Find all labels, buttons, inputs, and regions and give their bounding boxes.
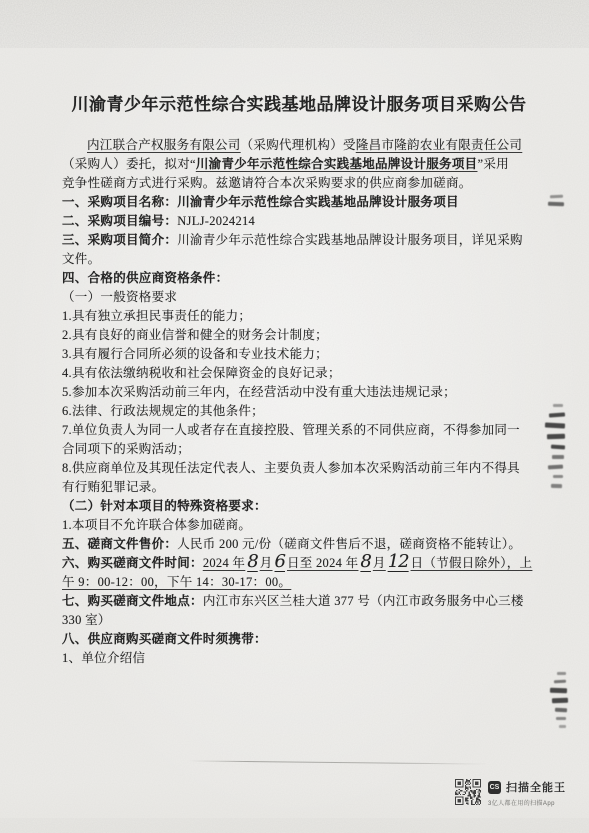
doc-line: 七、购买磋商文件地点：内江市东兴区兰桂大道 377 号（内江市政务服务中心三楼 <box>62 592 536 611</box>
doc-text: 二、采购项目编号： <box>62 214 177 228</box>
doc-text: 1、单位介绍信 <box>62 651 145 665</box>
doc-line: 7.单位负责人为同一人或者存在直接控股、管理关系的不同供应商，不得参加同一 <box>62 421 536 440</box>
doc-text: 日至 2024 年 <box>287 556 358 570</box>
doc-text: 竞争性磋商方式进行采购。兹邀请符合本次采购要求的供应商参加磋商。 <box>62 176 472 190</box>
doc-text: 1.本项目不允许联合体参加磋商。 <box>62 518 251 532</box>
doc-line: 3.具有履行合同所必须的设备和专业技术能力； <box>62 345 536 364</box>
doc-text: 隆昌市隆韵农业有限责任公司 <box>356 138 522 152</box>
doc-text: 2024 年 <box>203 556 245 570</box>
handwritten-digit: 12 <box>386 551 411 572</box>
doc-line: 合同项下的采购活动； <box>62 440 536 459</box>
doc-line: 内江联合产权服务有限公司（采购代理机构）受隆昌市隆韵农业有限责任公司 <box>62 136 536 155</box>
doc-text: 内江市东兴区兰桂大道 377 号（内江市政务服务中心三楼 <box>203 594 524 608</box>
doc-line: 1.具有独立承担民事责任的能力； <box>62 307 536 326</box>
doc-line: 二、采购项目编号：NJLJ-2024214 <box>62 212 536 231</box>
doc-text: 8.供应商单位及其现任法定代表人、主要负责人参加本次采购活动前三年内不得具 <box>62 461 520 475</box>
camscanner-logo-icon: CS <box>488 781 501 794</box>
doc-text: （二）针对本项目的特殊资格要求： <box>62 499 267 513</box>
doc-text: ”采用 <box>477 157 508 171</box>
doc-text: （采购代理机构）受 <box>241 138 356 152</box>
doc-text: 午 9：00-12：00，下午 14：30-17：00。 <box>62 575 291 589</box>
doc-text: 日（节假日除外），上 <box>411 556 533 570</box>
doc-line: 330 室） <box>62 611 536 630</box>
scan-artifact <box>550 672 568 733</box>
doc-line: 五、磋商文件售价：人民币 200 元/份（磋商文件售后不退，磋商资格不能转让）。 <box>62 535 536 554</box>
doc-line: 5.参加本次采购活动前三年内，在经营活动中没有重大违法违规记录； <box>62 383 536 402</box>
camscanner-tagline: 3亿人都在用的扫描App <box>488 798 566 807</box>
doc-line: 4.具有依法缴纳税收和社会保障资金的良好记录； <box>62 364 536 383</box>
doc-line: 2.具有良好的商业信誉和健全的财务会计制度； <box>62 326 536 345</box>
doc-text: 330 室） <box>62 613 111 627</box>
doc-line: 文件。 <box>62 250 536 269</box>
doc-text: NJLJ-2024214 <box>177 214 255 228</box>
doc-text: 五、磋商文件售价： <box>62 537 177 551</box>
doc-line: 三、采购项目简介：川渝青少年示范性综合实践基地品牌设计服务项目，详见采购 <box>62 231 536 250</box>
handwritten-digit: 8 <box>245 551 259 572</box>
doc-text: 川渝青少年示范性综合实践基地品牌设计服务项目 <box>196 157 478 171</box>
doc-text: 文件。 <box>62 252 100 266</box>
doc-text: 人民币 200 元/份（磋商文件售后不退，磋商资格不能转让）。 <box>177 537 521 551</box>
scan-artifact <box>545 404 565 494</box>
doc-line: 有行贿犯罪记录。 <box>62 478 536 497</box>
doc-line: 午 9：00-12：00，下午 14：30-17：00。 <box>62 573 536 592</box>
doc-text: 月 <box>373 556 386 570</box>
doc-text: 1.具有独立承担民事责任的能力； <box>62 309 251 323</box>
qr-code-icon <box>455 779 481 805</box>
doc-line: 6.法律、行政法规规定的其他条件； <box>62 402 536 421</box>
doc-text: 三、采购项目简介： <box>62 233 177 247</box>
doc-line: 1.本项目不允许联合体参加磋商。 <box>62 516 536 535</box>
doc-line: 竞争性磋商方式进行采购。兹邀请符合本次采购要求的供应商参加磋商。 <box>62 174 536 193</box>
doc-text: 有行贿犯罪记录。 <box>62 480 164 494</box>
doc-text: 一、采购项目名称： <box>62 195 177 209</box>
camscanner-watermark: CS 扫描全能王 3亿人都在用的扫描App <box>455 779 566 807</box>
doc-text: 七、购买磋商文件地点： <box>62 594 203 608</box>
scan-artifact <box>548 195 564 206</box>
doc-line: 一、采购项目名称：川渝青少年示范性综合实践基地品牌设计服务项目 <box>62 193 536 212</box>
paper-crease <box>188 760 488 764</box>
doc-text: 5.参加本次采购活动前三年内，在经营活动中没有重大违法违规记录； <box>62 385 456 399</box>
doc-text: 内江联合产权服务有限公司 <box>87 138 241 152</box>
doc-text: 2.具有良好的商业信誉和健全的财务会计制度； <box>62 328 328 342</box>
doc-line: （二）针对本项目的特殊资格要求： <box>62 497 536 516</box>
doc-line: 8.供应商单位及其现任法定代表人、主要负责人参加本次采购活动前三年内不得具 <box>62 459 536 478</box>
doc-text: 3.具有履行合同所必须的设备和专业技术能力； <box>62 347 328 361</box>
doc-line: （一）一般资格要求 <box>62 288 536 307</box>
handwritten-digit: 8 <box>358 551 372 572</box>
doc-text: （采购人）委托，拟对“ <box>62 157 196 171</box>
doc-line: 四、合格的供应商资格条件： <box>62 269 536 288</box>
doc-line: （采购人）委托，拟对“川渝青少年示范性综合实践基地品牌设计服务项目”采用 <box>62 155 536 174</box>
doc-line: 八、供应商购买磋商文件时须携带： <box>62 630 536 649</box>
doc-text: 六、购买磋商文件时间： <box>62 556 203 570</box>
doc-text: 川渝青少年示范性综合实践基地品牌设计服务项目 <box>177 195 459 209</box>
doc-text: 4.具有依法缴纳税收和社会保障资金的良好记录； <box>62 366 341 380</box>
doc-text: 八、供应商购买磋商文件时须携带： <box>62 632 267 646</box>
doc-text: （一）一般资格要求 <box>62 290 177 304</box>
doc-text: 四、合格的供应商资格条件： <box>62 271 228 285</box>
procurement-announcement: 川渝青少年示范性综合实践基地品牌设计服务项目采购公告 内江联合产权服务有限公司（… <box>62 90 536 668</box>
doc-text: 7.单位负责人为同一人或者存在直接控股、管理关系的不同供应商，不得参加同一 <box>62 423 520 437</box>
doc-text: 川渝青少年示范性综合实践基地品牌设计服务项目，详见采购 <box>177 233 523 247</box>
camscanner-app-name: 扫描全能王 <box>506 779 566 795</box>
doc-lines: 内江联合产权服务有限公司（采购代理机构）受隆昌市隆韵农业有限责任公司（采购人）委… <box>62 136 536 668</box>
page-title: 川渝青少年示范性综合实践基地品牌设计服务项目采购公告 <box>62 90 536 115</box>
doc-text: 月 <box>260 556 273 570</box>
doc-text: 6.法律、行政法规规定的其他条件； <box>62 404 264 418</box>
doc-text: 合同项下的采购活动； <box>62 442 190 456</box>
doc-line: 1、单位介绍信 <box>62 649 536 668</box>
handwritten-digit: 6 <box>273 551 287 572</box>
doc-line: 六、购买磋商文件时间：2024 年8月6日至 2024 年8月12日（节假日除外… <box>62 554 536 573</box>
scanned-document-page: { "document": { "title": "川渝青少年示范性综合实践基地… <box>0 0 589 833</box>
